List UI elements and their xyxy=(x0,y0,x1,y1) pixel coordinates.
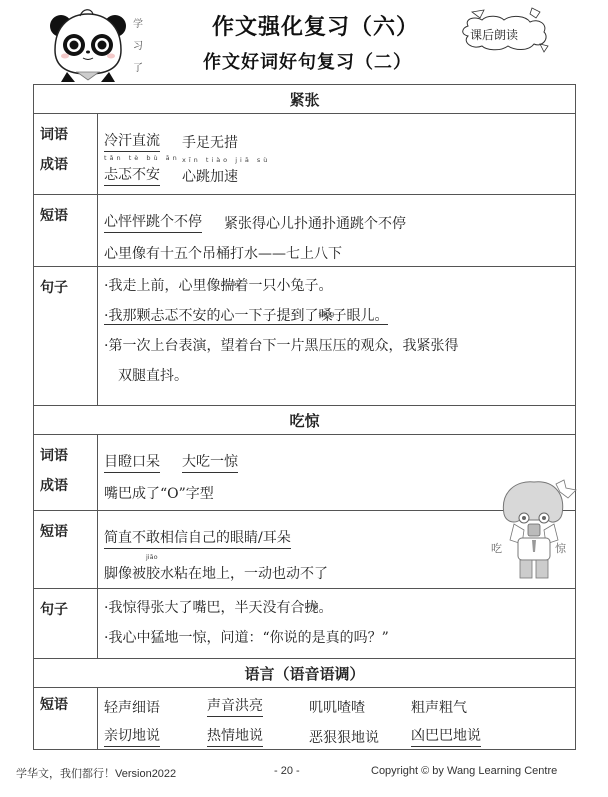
term-text: 忐忑不安 xyxy=(104,167,160,183)
side-vertical-text: 学 习 了 xyxy=(131,14,145,80)
sentence-underlined: ·我那颗忐忑不安的心一下子提到了sǎng嗓子眼儿。 xyxy=(104,308,388,325)
sentence: ·我那颗忐忑不安的心一下子提到了sǎng嗓子眼儿。 xyxy=(104,301,569,331)
term: 凶巴巴地说 xyxy=(411,725,481,747)
sentence-text: 子眼儿。 xyxy=(332,308,388,324)
row-phrases: 短语 轻声细语 声音洪亮 叽叽喳喳 粗声粗气 亲切地说 热情地说 恶狠狠地说 凶… xyxy=(34,688,575,749)
label-text: 短语 xyxy=(40,517,97,547)
row-content: ·我走上前，心里像chuāi揣着一只小兔子。 ·我那颗忐忑不安的心一下子提到了s… xyxy=(98,267,575,405)
term: 叽叽喳喳 xyxy=(309,697,365,717)
term-text: 心跳加速 xyxy=(182,169,238,185)
term: 紧张得心儿扑通扑通跳个不停 xyxy=(224,213,406,233)
term: 简直不敢相信自己的眼睛/耳朵 xyxy=(104,527,291,549)
ruby-char: lǒng拢 xyxy=(304,600,318,616)
row-content: 心怦怦跳个不停 紧张得心儿扑通扑通跳个不停 心里像有十五个吊桶打水——七上八下 xyxy=(98,195,575,266)
row-label: 词语 成语 xyxy=(34,114,98,194)
row-label: 词语 成语 xyxy=(34,435,98,510)
pinyin: lǒng xyxy=(304,591,318,621)
page-number: - 20 - xyxy=(274,765,300,777)
section-header-surprised: 吃惊 xyxy=(34,406,575,435)
row-label: 短语 xyxy=(34,195,98,266)
term: 心怦怦跳个不停 xyxy=(104,211,202,233)
grid-cell: 亲切地说 xyxy=(104,719,207,747)
row-words-idioms: 词语 成语 冷汗直流 手足无措 tǎn tè bù ān 忐忑不安 xīn ti… xyxy=(34,114,575,195)
term: tǎn tè bù ān 忐忑不安 xyxy=(104,164,160,186)
grid-cell: 恶狠狠地说 xyxy=(309,719,411,747)
content-line: 心里像有十五个吊桶打水——七上八下 xyxy=(104,233,569,263)
row-label: 短语 xyxy=(34,511,98,588)
pinyin: sǎng xyxy=(318,299,334,329)
term: 亲切地说 xyxy=(104,725,160,747)
pinyin: xīn tiào jiā sù xyxy=(182,156,270,164)
sentence-text: ·我那颗忐忑不安的心一下子提到了 xyxy=(104,308,318,324)
page-title: 作文强化复习（六） xyxy=(212,10,419,41)
vocab-table: 紧张 词语 成语 冷汗直流 手足无措 tǎn tè bù ān 忐忑不安 xīn… xyxy=(33,84,576,750)
row-content: 轻声细语 声音洪亮 叽叽喳喳 粗声粗气 亲切地说 热情地说 恶狠狠地说 凶巴巴地… xyxy=(98,688,575,749)
term: 热情地说 xyxy=(207,725,263,747)
content-line: 冷汗直流 手足无措 xyxy=(104,122,569,152)
ruby-char: sǎng嗓 xyxy=(318,308,332,324)
term: xīn tiào jiā sù 心跳加速 xyxy=(182,166,238,186)
sentence-text: 着一只小兔子。 xyxy=(234,278,332,294)
term-text: 脚像被胶水粘在地上，一动也动不了 xyxy=(104,566,328,582)
page-subtitle: 作文好词好句复习（二） xyxy=(203,48,412,74)
sentence-continued: 双腿直抖。 xyxy=(104,361,569,391)
grid-cell: 凶巴巴地说 xyxy=(411,719,511,747)
sentence-text: 。 xyxy=(318,600,332,616)
grid-cell: 轻声细语 xyxy=(104,690,207,717)
section-header-speech: 语言（语音语调） xyxy=(34,659,575,688)
sentence-text: ·我走上前，心里像 xyxy=(104,278,220,294)
content-line: tǎn tè bù ān 忐忑不安 xīn tiào jiā sù 心跳加速 xyxy=(104,152,569,186)
row-label: 句子 xyxy=(34,589,98,658)
pinyin: jiāo xyxy=(146,553,158,561)
cartoon-caption-left: 吃 xyxy=(491,540,502,556)
label-text: 词语 xyxy=(40,441,97,471)
row-sentences: 句子 ·我走上前，心里像chuāi揣着一只小兔子。 ·我那颗忐忑不安的心一下子提… xyxy=(34,267,575,406)
sentence: ·第一次上台表演，望着台下一片黑压压的观众，我紧张得 xyxy=(104,331,569,361)
section-header-nervous: 紧张 xyxy=(34,85,575,114)
term: 嘴巴成了“O”字型 xyxy=(104,483,214,503)
label-text: 词语 xyxy=(40,120,97,150)
row-label: 句子 xyxy=(34,267,98,405)
row-content: 冷汗直流 手足无措 tǎn tè bù ān 忐忑不安 xīn tiào jiā… xyxy=(98,114,575,194)
row-label: 短语 xyxy=(34,688,98,749)
row-content: ·我惊得张大了嘴巴，半天没有合lǒng拢。 ·我心中猛地一惊，问道：“你说的是真… xyxy=(98,589,575,658)
term: 冷汗直流 xyxy=(104,130,160,152)
term: 手足无措 xyxy=(182,132,238,152)
side-char: 学 xyxy=(131,14,145,36)
sentence: ·我心中猛地一惊，问道：“你说的是真的吗？” xyxy=(104,623,569,653)
term: 轻声细语 xyxy=(104,697,160,717)
sentence-text: ·我惊得张大了嘴巴，半天没有合 xyxy=(104,600,304,616)
term: 恶狠狠地说 xyxy=(309,727,379,747)
label-text: 成语 xyxy=(40,150,97,180)
term: 目瞪口呆 xyxy=(104,451,160,473)
read-aloud-badge-label: 课后朗读 xyxy=(470,26,518,43)
grid-cell: 热情地说 xyxy=(207,719,309,747)
pinyin: chuāi xyxy=(220,269,238,299)
term: 声音洪亮 xyxy=(207,695,263,717)
side-char: 习 xyxy=(131,36,145,58)
term: jiāo 脚像被胶水粘在地上，一动也动不了 xyxy=(104,563,328,583)
term: 心里像有十五个吊桶打水——七上八下 xyxy=(104,243,342,263)
term: 粗声粗气 xyxy=(411,697,467,717)
ruby-char: chuāi揣 xyxy=(220,278,234,294)
footer-copyright: Copyright © by Wang Learning Centre xyxy=(371,765,557,777)
grid-cell: 粗声粗气 xyxy=(411,690,511,717)
sentence: ·我走上前，心里像chuāi揣着一只小兔子。 xyxy=(104,271,569,301)
cartoon-caption-right: 惊 xyxy=(555,540,566,556)
phrase-grid: 轻声细语 声音洪亮 叽叽喳喳 粗声粗气 亲切地说 热情地说 恶狠狠地说 凶巴巴地… xyxy=(104,690,569,747)
term: 大吃一惊 xyxy=(182,451,238,473)
footer-slogan: 学华文，我们都行！Version2022 xyxy=(16,765,176,781)
sentence: ·我惊得张大了嘴巴，半天没有合lǒng拢。 xyxy=(104,593,569,623)
content-line: 目瞪口呆 大吃一惊 xyxy=(104,443,569,473)
row-phrases: 短语 心怦怦跳个不停 紧张得心儿扑通扑通跳个不停 心里像有十五个吊桶打水——七上… xyxy=(34,195,575,267)
grid-cell: 声音洪亮 xyxy=(207,690,309,717)
pinyin: tǎn tè bù ān xyxy=(104,154,180,162)
side-char: 了 xyxy=(131,58,145,80)
surprised-kid-illustration-icon xyxy=(486,478,582,582)
label-text: 句子 xyxy=(40,595,97,625)
label-text: 短语 xyxy=(40,201,97,231)
label-text: 短语 xyxy=(40,690,97,720)
label-text: 成语 xyxy=(40,471,97,501)
panda-mascot-icon xyxy=(47,6,129,82)
label-text: 句子 xyxy=(40,273,97,303)
row-sentences: 句子 ·我惊得张大了嘴巴，半天没有合lǒng拢。 ·我心中猛地一惊，问道：“你说… xyxy=(34,589,575,659)
content-line: 心怦怦跳个不停 紧张得心儿扑通扑通跳个不停 xyxy=(104,203,569,233)
grid-cell: 叽叽喳喳 xyxy=(309,690,411,717)
